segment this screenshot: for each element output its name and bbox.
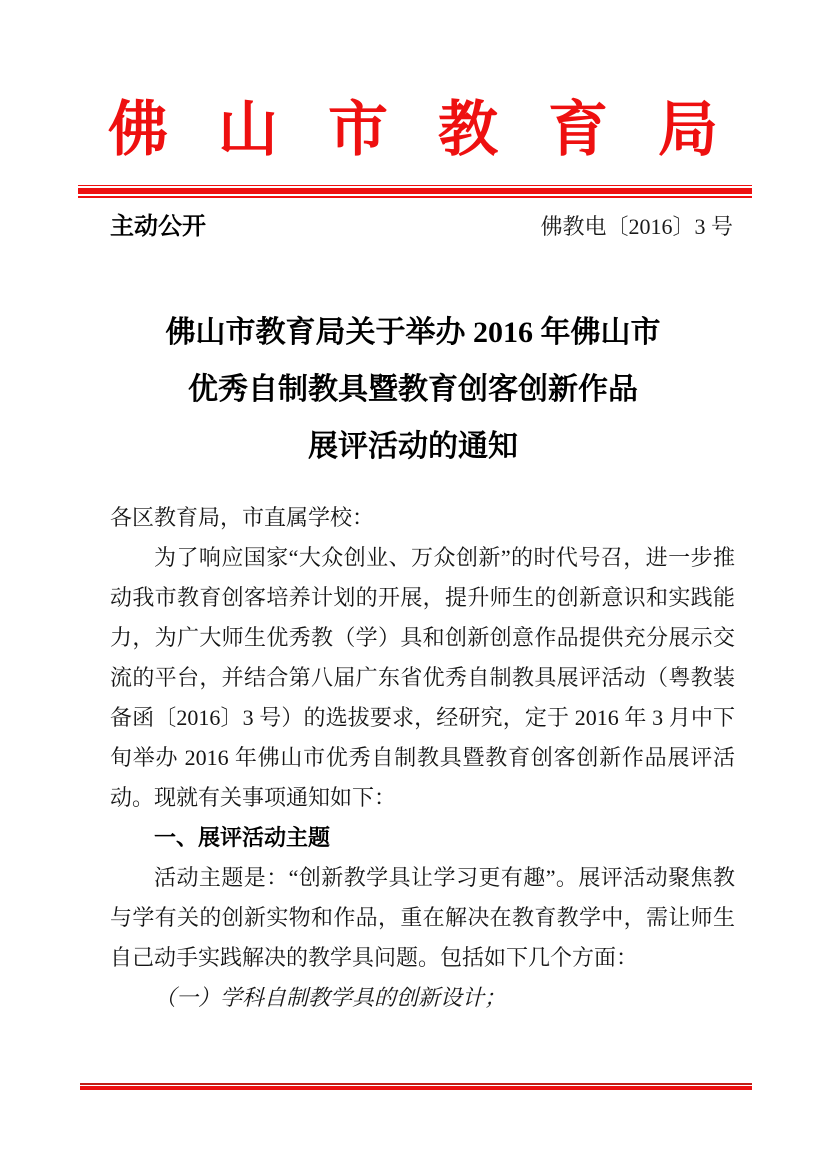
- document-page: 佛山市教育局 主动公开 佛教电〔2016〕3 号 佛山市教育局关于举办 2016…: [0, 0, 826, 1169]
- document-number: 佛教电〔2016〕3 号: [540, 212, 733, 242]
- paragraph-theme: 活动主题是：“创新教学具让学习更有趣”。展评活动聚焦教与学有关的创新实物和作品，…: [110, 858, 735, 978]
- agency-letterhead-title: 佛山市教育局: [108, 100, 826, 160]
- paragraph-intro: 为了响应国家“大众创业、万众创新”的时代号召，进一步推动我市教育创客培养计划的开…: [110, 538, 735, 818]
- section-heading-1: 一、展评活动主题: [110, 818, 735, 858]
- document-body: 各区教育局，市直属学校： 为了响应国家“大众创业、万众创新”的时代号召，进一步推…: [110, 498, 735, 1018]
- footer-separator: [80, 1083, 752, 1090]
- salutation: 各区教育局，市直属学校：: [110, 498, 735, 538]
- header-separator-thick: [78, 188, 752, 194]
- disclosure-label: 主动公开: [110, 212, 206, 242]
- header-separator: [78, 185, 752, 198]
- document-title-line-2: 优秀自制教具暨教育创客创新作品: [80, 361, 746, 418]
- document-title-line-1: 佛山市教育局关于举办 2016 年佛山市: [80, 304, 746, 361]
- document-title-line-3: 展评活动的通知: [80, 418, 746, 475]
- footer-separator-thick: [80, 1086, 752, 1090]
- document-title: 佛山市教育局关于举办 2016 年佛山市 优秀自制教具暨教育创客创新作品 展评活…: [80, 304, 746, 475]
- footer-separator-thin: [80, 1083, 752, 1085]
- meta-row: 主动公开 佛教电〔2016〕3 号: [110, 212, 733, 242]
- list-item-1: （一）学科自制教学具的创新设计；: [110, 978, 735, 1018]
- header-separator-thin-bottom: [78, 196, 752, 198]
- header-separator-thin-top: [78, 185, 752, 186]
